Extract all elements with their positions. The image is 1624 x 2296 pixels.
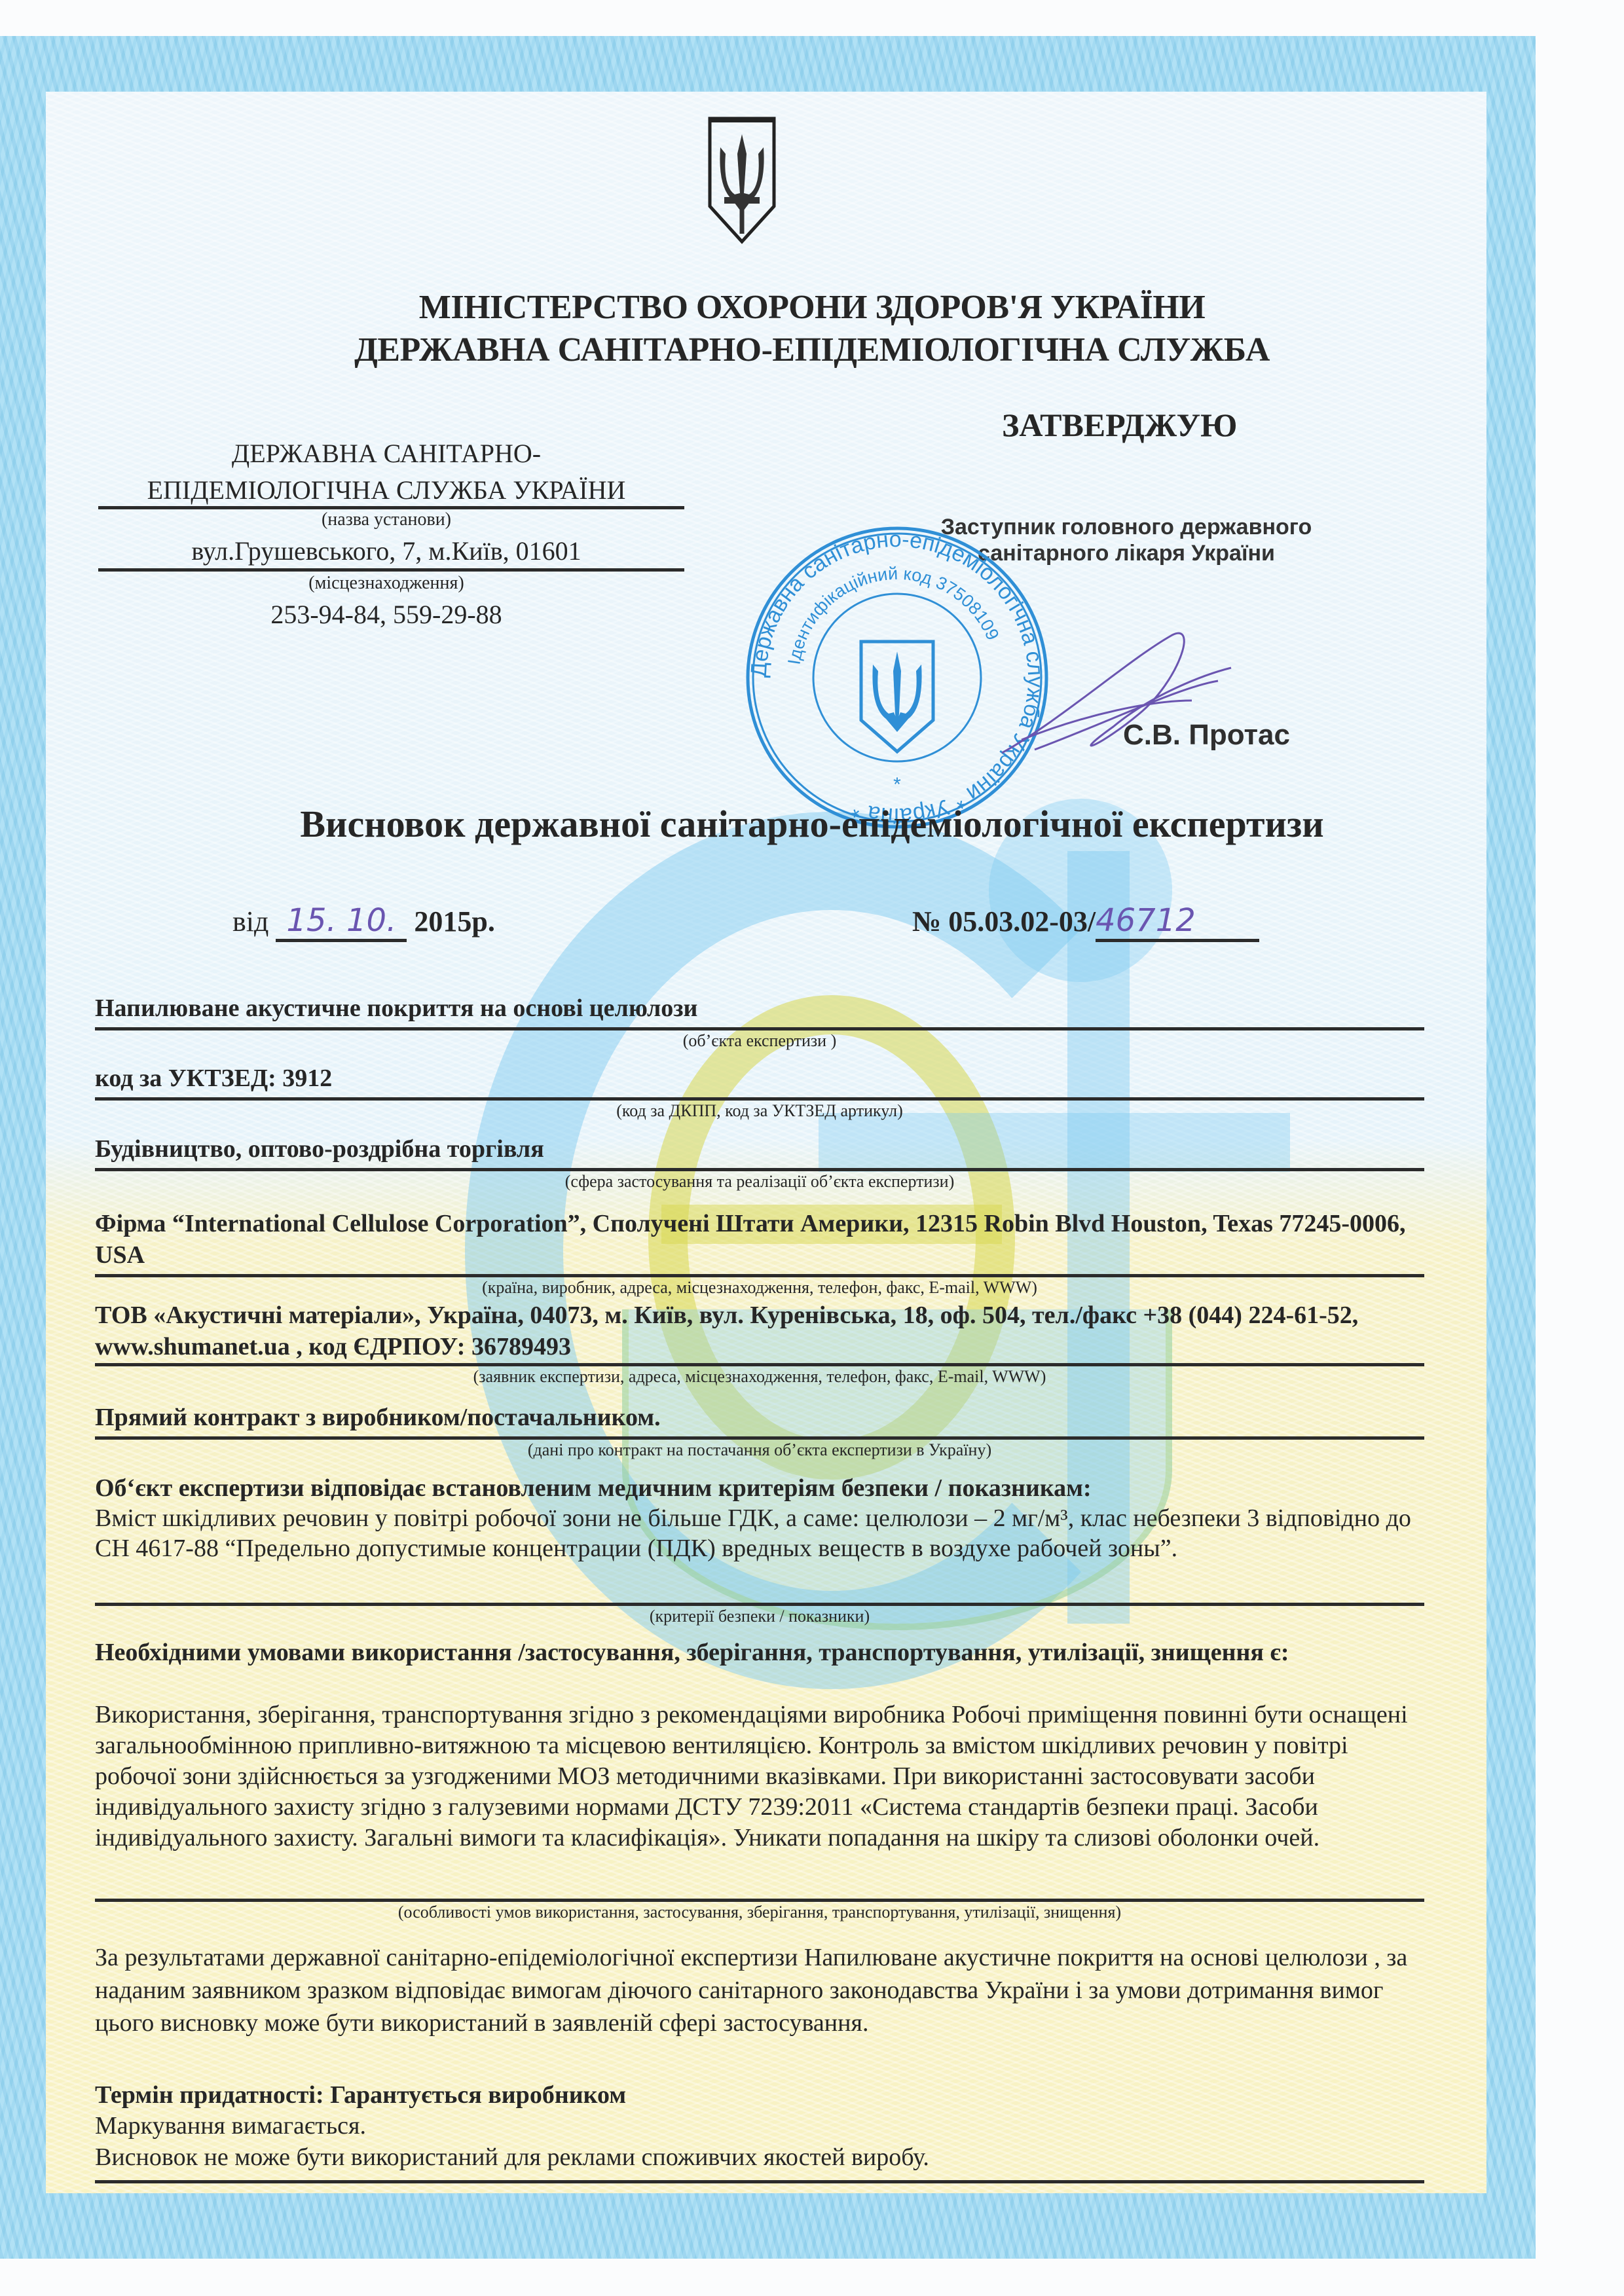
date-suffix: 2015р.: [414, 905, 494, 938]
document-number: № 05.03.02-03/46712: [912, 902, 1259, 942]
shelf-life: Термін придатності: Гарантується виробни…: [95, 2079, 1424, 2111]
divider: [95, 1436, 1424, 1440]
number-field: 46712: [1096, 902, 1259, 942]
divider: [95, 1027, 1424, 1030]
safety-text: Вміст шкідливих речовин у повітрі робочо…: [95, 1503, 1424, 1563]
object-of-expertise: Напилюване акустичне покриття на основі …: [95, 992, 1424, 1025]
issuer-name-hint: (назва установи): [92, 509, 681, 530]
conditions-hint: (особливості умов використання, застосув…: [95, 1903, 1424, 1922]
applicant: ТОВ «Акустичні матеріали», Україна, 0407…: [95, 1300, 1424, 1362]
contract-hint: (дані про контракт на постачання об’єкта…: [95, 1440, 1424, 1460]
divider: [95, 1603, 1424, 1606]
safety-heading: Об‘єкт експертизи відповідає встановлени…: [95, 1472, 1424, 1504]
object-hint: (об’єкта експертизи ): [95, 1031, 1424, 1051]
stamp-trident-icon: [861, 642, 933, 752]
conditions-text: Використання, зберігання, транспортуванн…: [95, 1700, 1424, 1853]
service-heading: ДЕРЖАВНА САНІТАРНО-ЕПІДЕМІОЛОГІЧНА СЛУЖБ…: [0, 331, 1624, 369]
conditions-heading: Необхідними умовами використання /застос…: [95, 1637, 1424, 1668]
divider: [95, 2180, 1424, 2183]
divider: [98, 568, 684, 572]
date-handwritten: 15. 10.: [286, 902, 396, 939]
safety-hint: (критерії безпеки / показники): [95, 1607, 1424, 1626]
divider: [95, 1363, 1424, 1366]
conclusion-text: За результатами державної санітарно-епід…: [95, 1941, 1424, 2039]
issuer-phones: 253-94-84, 559-29-88: [92, 599, 681, 630]
manufacturer: Фірма “International Cellulose Corporati…: [95, 1208, 1424, 1271]
divider: [95, 1274, 1424, 1277]
manufacturer-hint: (країна, виробник, адреса, місцезнаходже…: [95, 1278, 1424, 1298]
issuer-name: ДЕРЖАВНА САНІТАРНО- ЕПІДЕМІОЛОГІЧНА СЛУЖ…: [92, 435, 681, 509]
approval-label: ЗАТВЕРДЖУЮ: [1002, 406, 1237, 444]
document-title: Висновок державної санітарно-епідеміолог…: [0, 802, 1624, 846]
contract-info: Прямий контракт з виробником/постачальни…: [95, 1401, 1424, 1434]
issue-date: від 15. 10. 2015р.: [232, 902, 495, 942]
divider: [95, 1168, 1424, 1171]
issuer-address: вул.Грушевського, 7, м.Київ, 01601: [92, 536, 681, 566]
uktzed-code: код за УКТЗЕД: 3912: [95, 1062, 1424, 1095]
ministry-heading: МІНІСТЕРСТВО ОХОРОНИ ЗДОРОВ'Я УКРАЇНИ: [0, 288, 1624, 327]
applicant-hint: (заявник експертизи, адреса, місцезнаход…: [95, 1367, 1424, 1387]
date-field: 15. 10.: [276, 902, 407, 942]
number-prefix: № 05.03.02-03/: [912, 905, 1096, 938]
code-hint: (код за ДКПП, код за УКТЗЕД артикул): [95, 1101, 1424, 1121]
date-prefix: від: [232, 905, 268, 938]
issuer-name-line2: ЕПІДЕМІОЛОГІЧНА СЛУЖБА УКРАЇНИ: [92, 472, 681, 509]
marking-note: Маркування вимагається.: [95, 2109, 1424, 2142]
application-sphere: Будівництво, оптово-роздрібна торгівля: [95, 1133, 1424, 1165]
trident-icon: [706, 115, 778, 246]
sphere-hint: (сфера застосування та реалізації об’єкт…: [95, 1172, 1424, 1192]
stamp-star: *: [893, 774, 901, 795]
issuer-address-hint: (місцезнаходження): [92, 573, 681, 594]
number-handwritten: 46712: [1096, 902, 1196, 939]
signer-name: С.В. Протас: [1123, 719, 1290, 752]
issuer-name-line1: ДЕРЖАВНА САНІТАРНО-: [92, 435, 681, 472]
advertising-note: Висновок не може бути використаний для р…: [95, 2141, 1424, 2174]
divider: [95, 1899, 1424, 1902]
divider: [95, 1097, 1424, 1101]
